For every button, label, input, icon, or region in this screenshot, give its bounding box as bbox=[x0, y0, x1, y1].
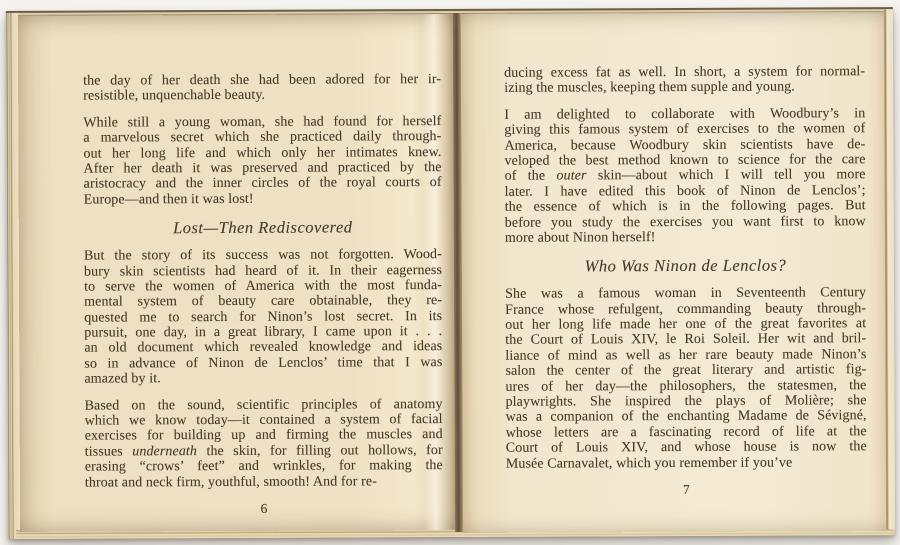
right-page-text: ducing excess fat as well. In short, a s… bbox=[504, 64, 867, 472]
text-line: Europe—and then it was lost! bbox=[84, 191, 442, 208]
text-line: the day of her death she had been adored… bbox=[83, 72, 441, 89]
photo-background: the day of her death she had been adored… bbox=[0, 0, 900, 545]
right-page-text-column: ducing excess fat as well. In short, a s… bbox=[504, 64, 867, 498]
text-line: mental system of beauty care obtainable,… bbox=[84, 293, 442, 310]
text-line: ures of her day—the philosophers, the st… bbox=[505, 378, 866, 395]
text-line: aristocracy and the inner circles of the… bbox=[84, 175, 442, 192]
paragraph: She was a famous woman in Seventeenth Ce… bbox=[505, 285, 867, 471]
text-line: veloped the best method known to science… bbox=[504, 152, 865, 169]
paragraph: Based on the sound, scientific principle… bbox=[85, 397, 443, 491]
text-line: the essence of which is in the following… bbox=[505, 198, 866, 215]
text-line: out her long life and which only her int… bbox=[83, 145, 441, 162]
text-line: out her long life made her one of the gr… bbox=[505, 316, 866, 333]
text-line: whose letters are a fascinating record o… bbox=[506, 424, 867, 441]
text-line: which we know today—it contained a syste… bbox=[85, 412, 443, 429]
text-line: izing the muscles, keeping them supple a… bbox=[504, 80, 865, 97]
section-heading: Lost—Then Rediscovered bbox=[84, 219, 442, 240]
book-spread: the day of her death she had been adored… bbox=[6, 7, 895, 539]
text-line: more about Ninon herself! bbox=[505, 229, 866, 246]
left-page-text-column: the day of her death she had been adored… bbox=[83, 72, 443, 517]
text-line: France whose refulgent, commanding beaut… bbox=[505, 301, 866, 318]
text-line: throat and neck firm, youthful, smooth! … bbox=[85, 474, 443, 491]
text-line: so in advance of Ninon de Lenclos’ time … bbox=[84, 355, 442, 372]
text-line: Based on the sound, scientific principle… bbox=[85, 397, 443, 414]
text-line: exercises for building up and firming th… bbox=[85, 427, 443, 444]
text-line: salon the center of the great literary a… bbox=[505, 362, 866, 379]
text-line: resistible, unquenchable beauty. bbox=[83, 87, 441, 104]
text-line: before you study the exercises you want … bbox=[505, 214, 866, 231]
page-number-right: 7 bbox=[506, 481, 867, 498]
text-line: After her death it was preserved and pra… bbox=[84, 160, 442, 177]
text-line: quested me to search for Ninon’s lost se… bbox=[84, 309, 442, 326]
page-number-left: 6 bbox=[85, 500, 443, 517]
text-line: Musée Carnavalet, which you remember if … bbox=[506, 455, 867, 472]
text-line: erasing “crows’ feet” and wrinkles, for … bbox=[85, 458, 443, 475]
text-line: ducing excess fat as well. In short, a s… bbox=[504, 64, 865, 81]
text-line: She was a famous woman in Seventeenth Ce… bbox=[505, 285, 866, 302]
paragraph: the day of her death she had been adored… bbox=[83, 72, 441, 104]
text-line: giving this famous system of exercises t… bbox=[504, 121, 865, 138]
text-line: amazed by it. bbox=[84, 370, 442, 387]
text-line: While still a young woman, she had found… bbox=[83, 114, 441, 131]
text-line: was a companion of the enchanting Madame… bbox=[506, 409, 867, 426]
text-line: the Court of Louis XIV, le Roi Soleil. H… bbox=[505, 332, 866, 349]
text-line: bury skin scientists had heard of it. In… bbox=[84, 263, 442, 280]
paragraph: But the story of its success was not for… bbox=[84, 247, 443, 387]
section-heading: Who Was Ninon de Lenclos? bbox=[505, 257, 866, 278]
text-line: liance of mind as well as her rare beaut… bbox=[505, 347, 866, 364]
text-line: to serve the women of America with the m… bbox=[84, 278, 442, 295]
text-line: America, because Woodbury skin scientist… bbox=[504, 137, 865, 154]
text-line: an old document which revealed knowledge… bbox=[84, 340, 442, 357]
text-line: Court of Louis XIV, and whose house is n… bbox=[506, 439, 867, 456]
page-stack-edge-right bbox=[884, 9, 895, 529]
text-line: pursuit, one day, in a great library, I … bbox=[84, 324, 442, 341]
paragraph: While still a young woman, she had found… bbox=[83, 114, 441, 208]
text-line: later. I have edited this book of Ninon … bbox=[505, 183, 866, 200]
text-line: playwrights. She inspired the plays of M… bbox=[506, 393, 867, 410]
paragraph: I am delighted to collaborate with Woodb… bbox=[504, 106, 866, 246]
text-line: a marvelous secret which she practiced d… bbox=[83, 129, 441, 146]
text-line: I am delighted to collaborate with Woodb… bbox=[504, 106, 865, 123]
left-page-text: the day of her death she had been adored… bbox=[83, 72, 443, 491]
text-line: But the story of its success was not for… bbox=[84, 247, 442, 264]
paragraph: ducing excess fat as well. In short, a s… bbox=[504, 64, 865, 96]
text-line: of the outer skin—about which I will tel… bbox=[505, 168, 866, 185]
text-line: tissues underneath the skin, for filling… bbox=[85, 443, 443, 460]
